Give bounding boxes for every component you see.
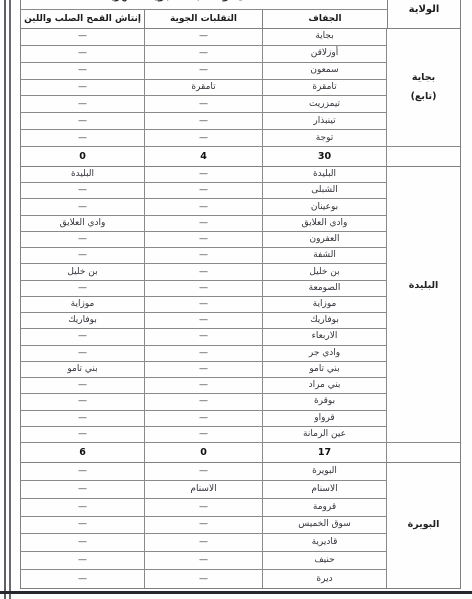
page-margin-line-outer	[4, 0, 6, 599]
cell-drought: وادي جر	[263, 346, 387, 362]
cell-weather: —	[145, 534, 263, 552]
column-headers: إنتاش القمح الصلب واللين التقلبات الجوية…	[21, 10, 387, 28]
cell-germination: —	[21, 427, 145, 443]
cell-germination: —	[21, 534, 145, 552]
scanned-page: الحالة الفلاحية والتقلبات الجوية الشهرية…	[0, 0, 472, 599]
wilaya-empty-cell	[387, 443, 460, 462]
wilaya-section: بجاية(تابع)——بجاية——أوزلاقن——سمعون—تامقر…	[21, 29, 460, 167]
cell-weather: —	[145, 552, 263, 570]
cell-germination: بني تامو	[21, 362, 145, 378]
cell-weather: —	[145, 394, 263, 410]
cell-weather: —	[145, 216, 263, 232]
cell-drought: تينبذار	[263, 113, 387, 130]
table-header: الحالة الفلاحية والتقلبات الجوية الشهرية…	[21, 0, 460, 29]
cell-germination: —	[21, 329, 145, 345]
header-drought: الجفاف	[263, 10, 387, 28]
cell-germination: —	[21, 183, 145, 199]
page-bottom-rule	[0, 591, 472, 594]
cell-drought: الاربعاء	[263, 329, 387, 345]
cell-weather: —	[145, 346, 263, 362]
cell-germination: —	[21, 394, 145, 410]
cell-weather: —	[145, 499, 263, 517]
cell-weather: —	[145, 570, 263, 588]
wilaya-cell: بجاية(تابع)	[387, 29, 460, 147]
cell-drought: البويرة	[263, 463, 387, 481]
cell-weather: —	[145, 29, 263, 46]
header-germination: إنتاش القمح الصلب واللين	[21, 10, 145, 28]
cell-germination: —	[21, 346, 145, 362]
wilaya-cell: البويرة	[387, 463, 460, 588]
cell-drought: بني تامو	[263, 362, 387, 378]
cell-drought: قاديرية	[263, 534, 387, 552]
cell-drought: عين الرمانة	[263, 427, 387, 443]
cell-weather: —	[145, 427, 263, 443]
cell-germination: —	[21, 517, 145, 535]
cell-weather: —	[145, 329, 263, 345]
cell-weather: —	[145, 362, 263, 378]
cell-drought: بجاية	[263, 29, 387, 46]
total-weather: 0	[145, 443, 263, 462]
cell-weather: —	[145, 199, 263, 215]
cell-weather: —	[145, 264, 263, 280]
cell-germination: —	[21, 248, 145, 264]
header-wilaya: الولاية	[387, 0, 460, 28]
cell-germination: —	[21, 378, 145, 394]
cell-drought: توجة	[263, 130, 387, 147]
cell-weather: —	[145, 167, 263, 183]
cell-drought: تامقرة	[263, 80, 387, 97]
cell-germination: —	[21, 463, 145, 481]
wilaya-label: بجاية(تابع)	[411, 69, 437, 105]
cell-germination: البليدة	[21, 167, 145, 183]
cell-germination: —	[21, 46, 145, 63]
cell-drought: بوعينان	[263, 199, 387, 215]
cell-germination: —	[21, 499, 145, 517]
cell-drought: بوفاريك	[263, 313, 387, 329]
cell-germination: —	[21, 552, 145, 570]
page-margin-line-inner	[9, 0, 11, 599]
cell-weather: الاسنام	[145, 481, 263, 499]
cell-drought: الشفة	[263, 248, 387, 264]
cell-drought: أوزلاقن	[263, 46, 387, 63]
cell-weather: —	[145, 46, 263, 63]
cell-weather: —	[145, 63, 263, 80]
cell-drought: بوقرة	[263, 394, 387, 410]
cell-weather: —	[145, 378, 263, 394]
cell-weather: تامقرة	[145, 80, 263, 97]
cell-germination: —	[21, 29, 145, 46]
cell-germination: —	[21, 96, 145, 113]
cell-weather: —	[145, 463, 263, 481]
cell-drought: موزاية	[263, 297, 387, 313]
cell-germination: —	[21, 63, 145, 80]
cell-weather: —	[145, 313, 263, 329]
cell-drought: الشبلى	[263, 183, 387, 199]
wilaya-empty-cell	[387, 147, 460, 166]
hazards-table: الحالة الفلاحية والتقلبات الجوية الشهرية…	[20, 0, 461, 589]
cell-drought: ديرة	[263, 570, 387, 588]
cell-germination: —	[21, 481, 145, 499]
cell-germination: —	[21, 130, 145, 147]
total-germination: 6	[21, 443, 145, 462]
cell-weather: —	[145, 113, 263, 130]
cell-weather: —	[145, 183, 263, 199]
cell-drought: بني مراد	[263, 378, 387, 394]
total-drought: 30	[263, 147, 387, 166]
cell-germination: موزاية	[21, 297, 145, 313]
cell-germination: بوفاريك	[21, 313, 145, 329]
cell-germination: بن خليل	[21, 264, 145, 280]
cell-weather: —	[145, 96, 263, 113]
wilaya-section: البليدةالبليدة—البليدة——الشبلى——بوعينانو…	[21, 167, 460, 463]
cell-germination: —	[21, 281, 145, 297]
cell-drought: الاسنام	[263, 481, 387, 499]
total-germination: 0	[21, 147, 145, 166]
cell-weather: —	[145, 281, 263, 297]
cell-drought: سمعون	[263, 63, 387, 80]
wilaya-cell: البليدة	[387, 167, 460, 443]
cell-weather: —	[145, 411, 263, 427]
cell-germination: —	[21, 570, 145, 588]
cell-drought: البليدة	[263, 167, 387, 183]
clipped-title: الحالة الفلاحية والتقلبات الجوية الشهرية	[21, 0, 387, 2]
cell-drought: الصومعة	[263, 281, 387, 297]
cell-weather: —	[145, 232, 263, 248]
cell-drought: وادي العلايق	[263, 216, 387, 232]
wilaya-label: البليدة	[409, 277, 439, 295]
cell-germination: وادي العلايق	[21, 216, 145, 232]
cell-germination: —	[21, 232, 145, 248]
cell-weather: —	[145, 248, 263, 264]
cell-germination: —	[21, 113, 145, 130]
header-weather: التقلبات الجوية	[145, 10, 263, 28]
cell-weather: —	[145, 130, 263, 147]
cell-germination: —	[21, 199, 145, 215]
total-weather: 4	[145, 147, 263, 166]
clipped-title-strip: الحالة الفلاحية والتقلبات الجوية الشهرية	[21, 0, 387, 10]
cell-drought: حنيف	[263, 552, 387, 570]
cell-weather: —	[145, 517, 263, 535]
cell-germination: —	[21, 80, 145, 97]
cell-drought: العفرون	[263, 232, 387, 248]
cell-drought: تيمزريت	[263, 96, 387, 113]
wilaya-section: البويرة——البويرة—الاسنامالاسنام——قرومة——…	[21, 463, 460, 589]
total-drought: 17	[263, 443, 387, 462]
wilaya-label: البويرة	[408, 516, 440, 534]
cell-drought: قرواو	[263, 411, 387, 427]
cell-weather: —	[145, 297, 263, 313]
cell-germination: —	[21, 411, 145, 427]
cell-drought: بن خليل	[263, 264, 387, 280]
cell-drought: سوق الخميس	[263, 517, 387, 535]
sections: بجاية(تابع)——بجاية——أوزلاقن——سمعون—تامقر…	[21, 29, 460, 589]
cell-drought: قرومة	[263, 499, 387, 517]
